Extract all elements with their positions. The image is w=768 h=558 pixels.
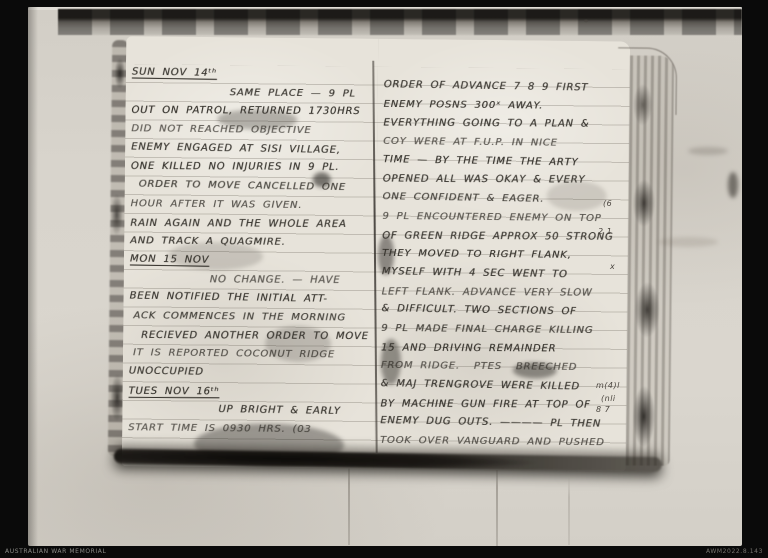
notebook-spread: SUN NOV 14ᵗʰSAME PLACE — 9 PLOUT ON PATR… xyxy=(114,36,678,472)
handwriting-line: 9 PL MADE FINAL CHARGE KILLING xyxy=(381,320,625,341)
handwriting-line: & MAJ TRENGROVE WERE KILLED xyxy=(380,375,624,398)
handwriting-left-page: SUN NOV 14ᵗʰSAME PLACE — 9 PLOUT ON PATR… xyxy=(128,64,372,440)
toner-smudge xyxy=(728,172,738,198)
handwriting-line: ACK COMMENCES IN THE MORNING xyxy=(129,307,369,328)
handwriting-line: MYSELF WITH 4 SEC WENT TO xyxy=(382,263,626,286)
copy-streak xyxy=(568,477,570,545)
archive-name-label: AUSTRALIAN WAR MEMORIAL xyxy=(5,548,106,555)
handwriting-line: EVERYTHING GOING TO A PLAN & xyxy=(383,115,627,135)
handwriting-line: SAME PLACE — 9 PL xyxy=(132,83,372,104)
handwriting-line: OUT ON PATROL, RETURNED 1730HRS xyxy=(131,102,371,122)
sheet-edge-shade xyxy=(28,7,38,546)
handwriting-line: HOUR AFTER IT WAS GIVEN. xyxy=(130,195,370,216)
handwriting-line: TOOK OVER VANGUARD AND PUSHED xyxy=(380,432,624,453)
copy-streak xyxy=(496,462,498,546)
toner-smudge xyxy=(688,147,728,155)
handwriting-line: RAIN AGAIN AND THE WHOLE AREA xyxy=(130,214,370,234)
handwriting-line: START TIME IS 0930 HRS. (03 xyxy=(128,419,368,440)
toner-band xyxy=(58,9,742,35)
handwriting-line: SUN NOV 14ᵗʰ xyxy=(132,63,372,86)
handwriting-right-page: ORDER OF ADVANCE 7 8 9 FIRSTENEMY POSNS … xyxy=(380,77,628,453)
handwriting-line: 9 PL ENCOUNTERED ENEMY ON TOP xyxy=(382,208,626,229)
archive-reference-label: AWM2022.8.143 xyxy=(706,548,763,555)
scanned-diary-image: SUN NOV 14ᵗʰSAME PLACE — 9 PLOUT ON PATR… xyxy=(0,0,768,558)
photocopy-sheet: SUN NOV 14ᵗʰSAME PLACE — 9 PLOUT ON PATR… xyxy=(28,7,742,546)
handwriting-line: RECIEVED ANOTHER ORDER TO MOVE xyxy=(129,326,369,346)
handwriting-line: OF GREEN RIDGE APPROX 50 STRONG xyxy=(382,227,626,247)
handwriting-line: UNOCCUPIED xyxy=(129,362,369,385)
handwriting-line: MON 15 NOV xyxy=(130,250,370,273)
handwriting-line: 15 AND DRIVING REMAINDER xyxy=(381,339,625,359)
page-stack-edge xyxy=(626,55,674,465)
handwriting-line: ORDER OF ADVANCE 7 8 9 FIRST xyxy=(384,76,628,99)
copy-streak xyxy=(348,457,350,545)
handwriting-line: ENEMY POSNS 300ˣ AWAY. xyxy=(383,96,627,117)
